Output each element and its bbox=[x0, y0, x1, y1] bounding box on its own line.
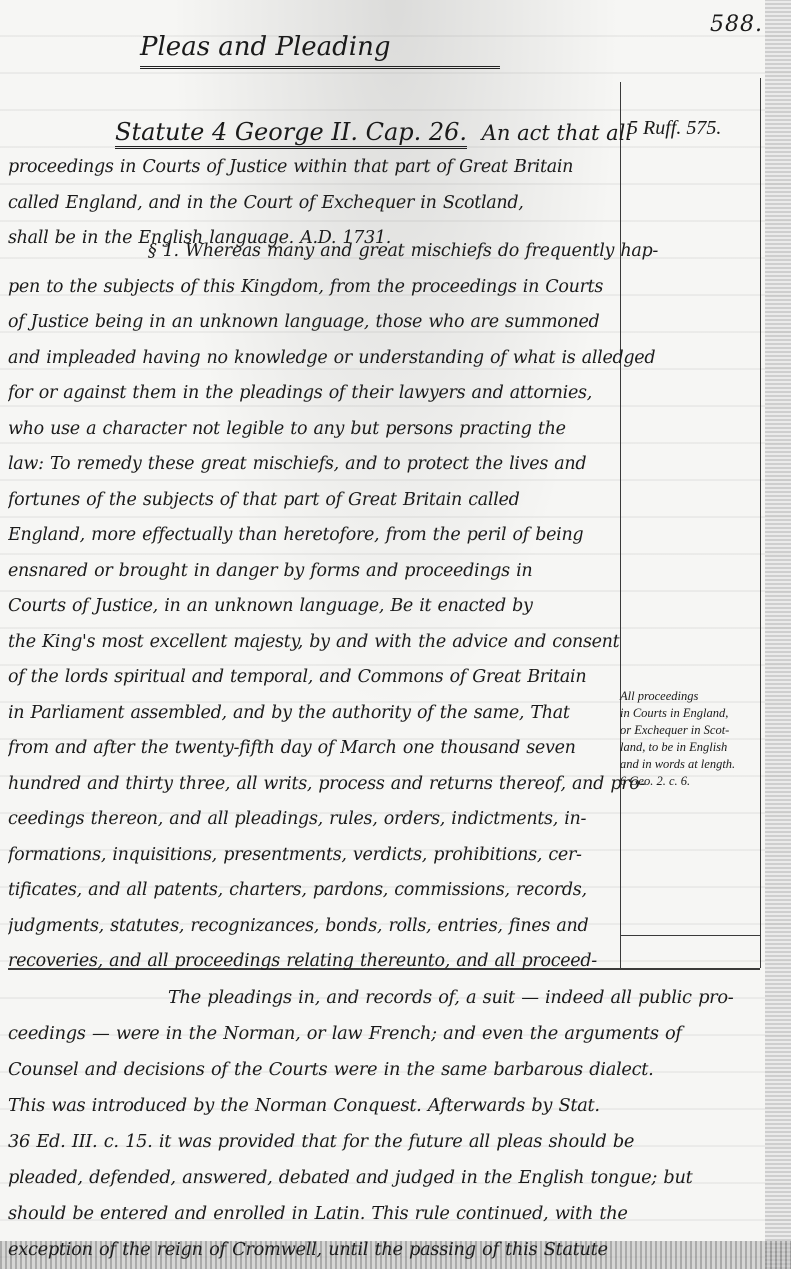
commentary-line: exception of the reign of Cromwell, unti… bbox=[8, 1232, 733, 1268]
section-1-line: of the lords spiritual and temporal, and… bbox=[8, 660, 658, 696]
commentary-line: ceedings — were in the Norman, or law Fr… bbox=[8, 1016, 733, 1052]
section-1-line: in Parliament assembled, and by the auth… bbox=[8, 696, 658, 732]
section-1-line: from and after the twenty-fifth day of M… bbox=[8, 731, 658, 767]
statute-heading: Statute 4 George II. Cap. 26. An act tha… bbox=[115, 118, 632, 146]
section-1-line: pen to the subjects of this Kingdom, fro… bbox=[8, 270, 658, 306]
commentary-line: This was introduced by the Norman Conque… bbox=[8, 1088, 733, 1124]
commentary-line: should be entered and enrolled in Latin.… bbox=[8, 1196, 733, 1232]
manuscript-page: 588. Pleas and Pleading Statute 4 George… bbox=[0, 0, 791, 1269]
section-1-line: ceedings thereon, and all pleadings, rul… bbox=[8, 802, 658, 838]
margin-column-right-rule bbox=[760, 78, 761, 968]
section-1-line: fortunes of the subjects of that part of… bbox=[8, 483, 658, 519]
section-1-line: for or against them in the pleadings of … bbox=[8, 376, 658, 412]
section-1-line: tificates, and all patents, charters, pa… bbox=[8, 873, 658, 909]
statute-title-line: called England, and in the Court of Exch… bbox=[8, 186, 573, 222]
section-1-line: Courts of Justice, in an unknown languag… bbox=[8, 589, 658, 625]
section-1-line: formations, inquisitions, presentments, … bbox=[8, 838, 658, 874]
sidenote-line: land, to be in English bbox=[620, 739, 755, 756]
section-1-line: § 1. Whereas many and great mischiefs do… bbox=[8, 234, 658, 270]
commentary-line: 36 Ed. III. c. 15. it was provided that … bbox=[8, 1124, 733, 1160]
statute-title-start: An act that all bbox=[482, 121, 632, 145]
section-1-line: who use a character not legible to any b… bbox=[8, 412, 658, 448]
statute-title-line: proceedings in Courts of Justice within … bbox=[8, 150, 573, 186]
page-edge-right bbox=[765, 0, 791, 1269]
page-number: 588. bbox=[710, 12, 763, 37]
section-1-body: § 1. Whereas many and great mischiefs do… bbox=[8, 234, 658, 980]
commentary-line: pleaded, defended, answered, debated and… bbox=[8, 1160, 733, 1196]
sidenote-line: in Courts in England, bbox=[620, 705, 755, 722]
sidenote-line: and in words at length. bbox=[620, 756, 755, 773]
section-1-line: judgments, statutes, recognizances, bond… bbox=[8, 909, 658, 945]
running-title: Pleas and Pleading bbox=[140, 32, 500, 69]
sidenote-line: All proceedings bbox=[620, 688, 755, 705]
section-1-line: England, more effectually than heretofor… bbox=[8, 518, 658, 554]
commentary-line: The pleadings in, and records of, a suit… bbox=[8, 980, 733, 1016]
section-1-line: ensnared or brought in danger by forms a… bbox=[8, 554, 658, 590]
statute-citation: Statute 4 George II. Cap. 26. bbox=[115, 118, 467, 149]
commentary-line: Counsel and decisions of the Courts were… bbox=[8, 1052, 733, 1088]
section-1-line: law: To remedy these great mischiefs, an… bbox=[8, 447, 658, 483]
sidenote-line: 6 Geo. 2. c. 6. bbox=[620, 773, 755, 790]
section-1-line: the King's most excellent majesty, by an… bbox=[8, 625, 658, 661]
section-1-line: recoveries, and all proceedings relating… bbox=[8, 944, 658, 980]
marginal-sidenote: All proceedings in Courts in England, or… bbox=[620, 688, 755, 790]
section-1-line: of Justice being in an unknown language,… bbox=[8, 305, 658, 341]
section-1-line: hundred and thirty three, all writs, pro… bbox=[8, 767, 658, 803]
section-1-line: and impleaded having no knowledge or und… bbox=[8, 341, 658, 377]
sidenote-line: or Exchequer in Scot- bbox=[620, 722, 755, 739]
commentary-body: The pleadings in, and records of, a suit… bbox=[8, 980, 733, 1268]
margin-reference: 5 Ruff. 575. bbox=[628, 117, 721, 140]
